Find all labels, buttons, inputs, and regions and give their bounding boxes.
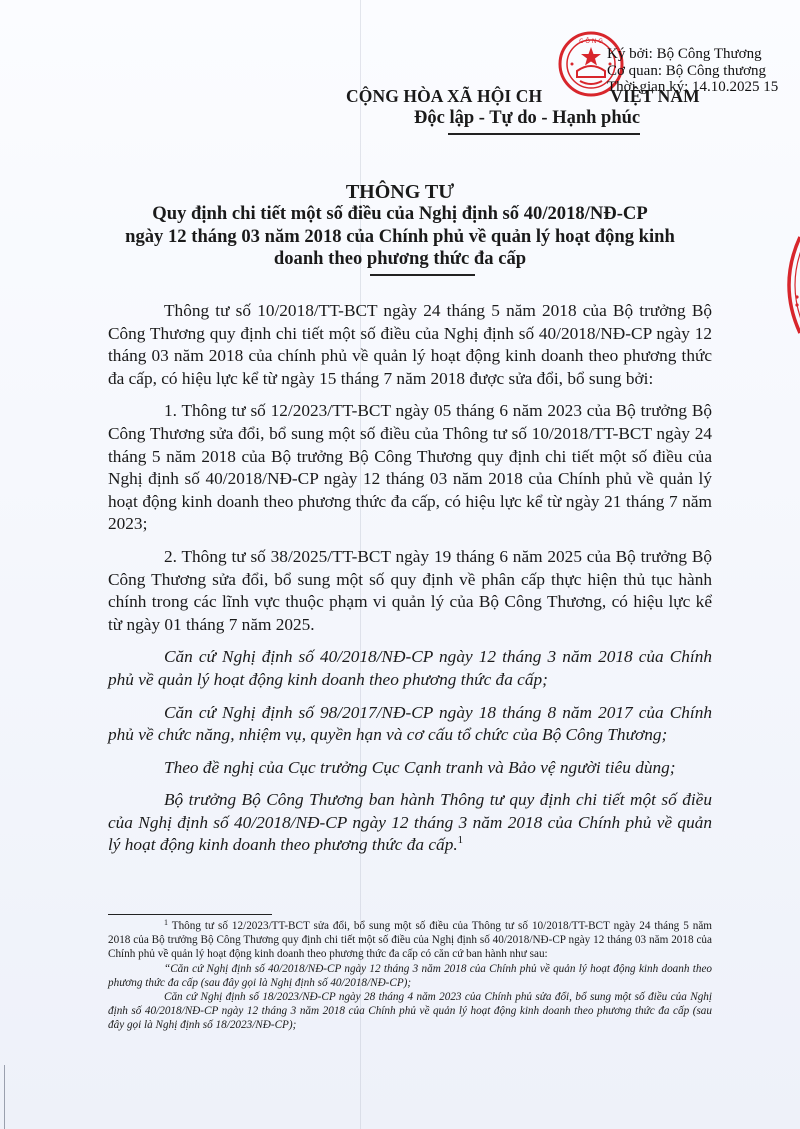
motto-underline [448, 133, 640, 135]
footnote-ref[interactable]: 1 [458, 834, 464, 846]
document-page: C Ô N G Ký bởi: Bộ Công Thương Cơ quan: … [0, 0, 800, 1129]
title-line-2: ngày 12 tháng 03 năm 2018 của Chính phủ … [100, 226, 700, 249]
national-title-right: VIỆT NAM [610, 86, 699, 106]
title-underline [370, 274, 475, 276]
national-title: CỘNG HÒA XÃ HỘI CHVIỆT NAM [346, 86, 700, 107]
title-line-3: doanh theo phương thức đa cấp [100, 248, 700, 271]
footnote-number: 1 [164, 918, 168, 927]
document-title: THÔNG TƯ Quy định chi tiết một số điều c… [100, 181, 700, 271]
footnote-text: 1 Thông tư số 12/2023/TT-BCT sửa đổi, bổ… [108, 919, 712, 962]
legal-basis-2: Căn cứ Nghị định số 98/2017/NĐ-CP ngày 1… [108, 702, 712, 747]
national-motto: Độc lập - Tự do - Hạnh phúc [414, 108, 640, 129]
footnote-quote-1: “Căn cứ Nghị định số 40/2018/NĐ-CP ngày … [108, 962, 712, 990]
enactment-text: Bộ trưởng Bộ Công Thương ban hành Thông … [108, 790, 712, 854]
legal-basis-1: Căn cứ Nghị định số 40/2018/NĐ-CP ngày 1… [108, 646, 712, 691]
footnote-quote-2: Căn cứ Nghị định số 18/2023/NĐ-CP ngày 2… [108, 990, 712, 1033]
legal-basis-3: Theo đề nghị của Cục trưởng Cục Cạnh tra… [108, 757, 712, 780]
amendment-1: 1. Thông tư số 12/2023/TT-BCT ngày 05 th… [108, 400, 712, 536]
document-type: THÔNG TƯ [100, 181, 700, 203]
footnote-body: Thông tư số 12/2023/TT-BCT sửa đổi, bổ s… [108, 920, 712, 960]
signed-by: Ký bởi: Bộ Công Thương [607, 46, 778, 63]
seal-edge-icon [770, 235, 800, 335]
scan-edge-mark [4, 1065, 5, 1129]
svg-text:C Ô N G: C Ô N G [579, 38, 603, 45]
enactment-paragraph: Bộ trưởng Bộ Công Thương ban hành Thông … [108, 789, 712, 857]
signing-agency: Cơ quan: Bộ Công thương [607, 63, 778, 80]
intro-paragraph: Thông tư số 10/2018/TT-BCT ngày 24 tháng… [108, 300, 712, 390]
title-line-1: Quy định chi tiết một số điều của Nghị đ… [100, 203, 700, 226]
footnote-separator [108, 914, 272, 915]
footnote: 1 Thông tư số 12/2023/TT-BCT sửa đổi, bổ… [108, 919, 712, 1033]
national-title-left: CỘNG HÒA XÃ HỘI CH [346, 86, 542, 106]
amendment-2: 2. Thông tư số 38/2025/TT-BCT ngày 19 th… [108, 546, 712, 636]
document-body: Thông tư số 10/2018/TT-BCT ngày 24 tháng… [108, 300, 712, 857]
